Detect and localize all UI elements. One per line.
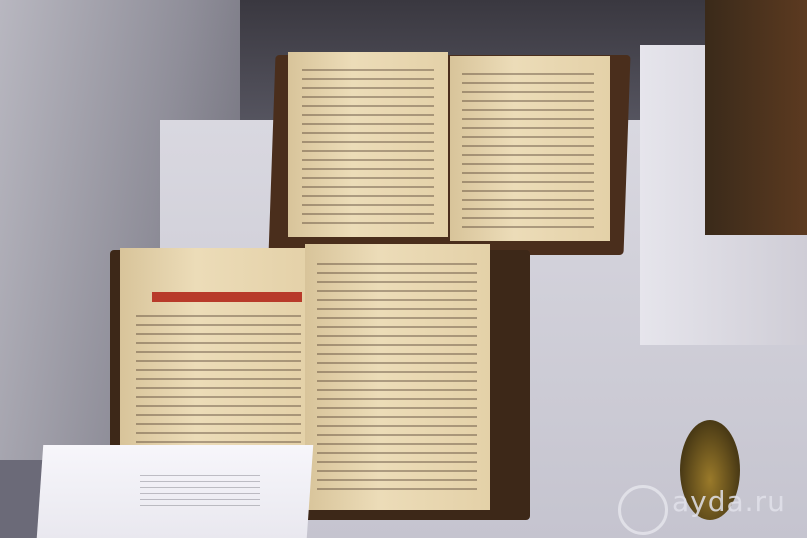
red-heading [152, 292, 302, 302]
back-manuscript-left-page [288, 52, 448, 237]
watermark: ayda.ru [672, 485, 786, 518]
wooden-post [705, 0, 807, 235]
exhibit-label-text [140, 470, 260, 510]
watermark-logo-icon [618, 485, 668, 535]
front-manuscript-right-page [305, 244, 490, 510]
back-manuscript-right-page [450, 56, 610, 241]
